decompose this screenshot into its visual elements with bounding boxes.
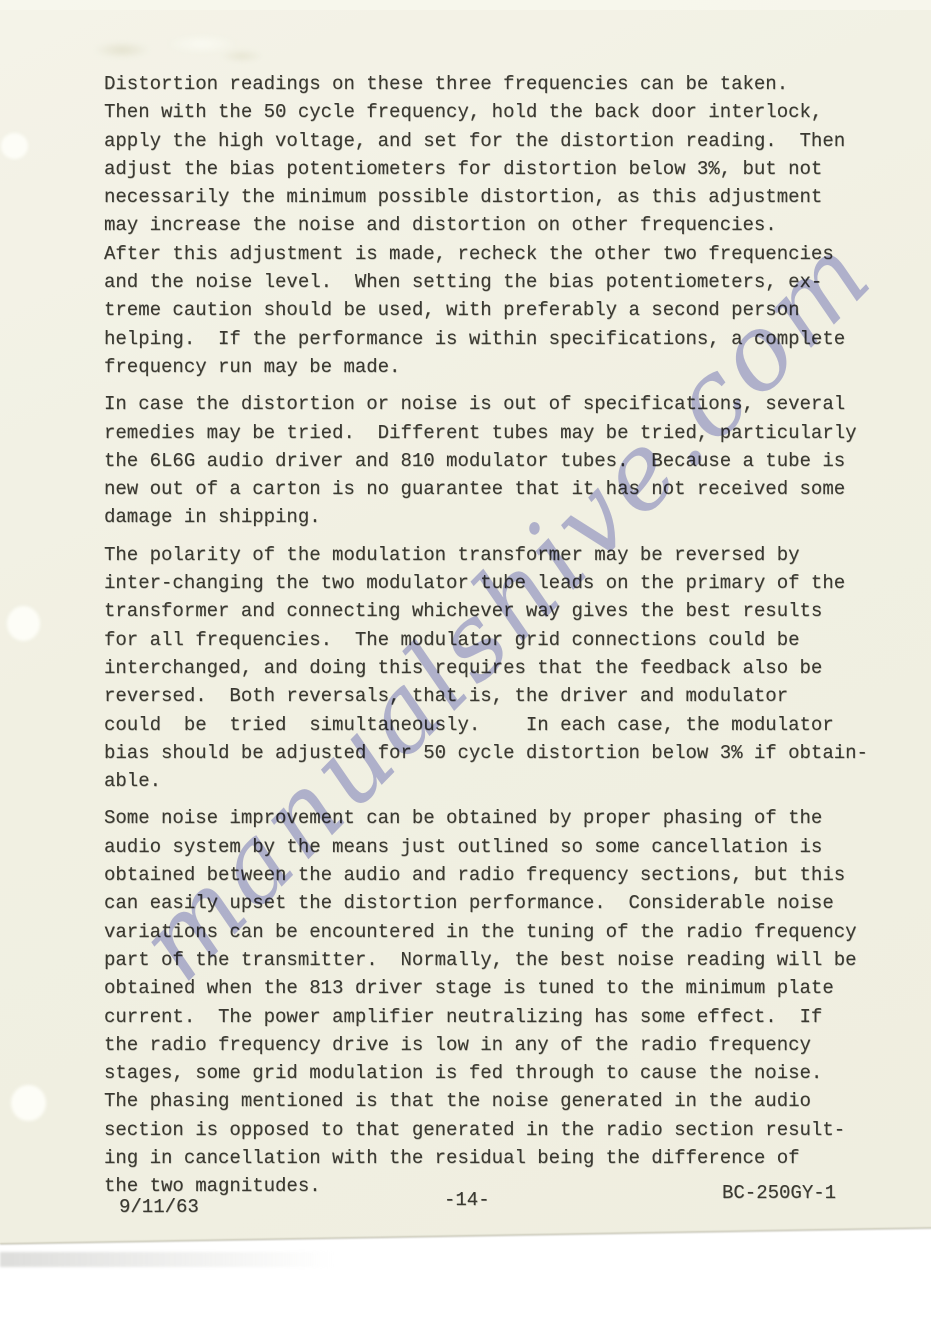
text-line: The polarity of the modulation transform…	[104, 541, 894, 569]
text-line: ing in cancellation with the residual be…	[104, 1144, 894, 1172]
text-line: damage in shipping.	[104, 503, 894, 531]
text-line: adjust the bias potentiometers for disto…	[104, 155, 894, 183]
text-line: interchanged, and doing this requires th…	[104, 654, 894, 682]
text-line: remedies may be tried. Different tubes m…	[104, 419, 894, 447]
text-line: reversed. Both reversals, that is, the d…	[104, 682, 894, 710]
text-line: the radio frequency drive is low in any …	[104, 1031, 894, 1059]
paragraph: The polarity of the modulation transform…	[104, 541, 894, 796]
text-line: Distortion readings on these three frequ…	[104, 70, 894, 98]
text-line: could be tried simultaneously. In each c…	[104, 711, 894, 739]
text-line: can easily upset the distortion performa…	[104, 889, 894, 917]
footer-page-number: -14-	[444, 1189, 490, 1211]
text-line: bias should be adjusted for 50 cycle dis…	[104, 739, 894, 767]
pencil-ghost-marks	[92, 26, 272, 72]
text-line: obtained when the 813 driver stage is tu…	[104, 974, 894, 1002]
text-line: stages, some grid modulation is fed thro…	[104, 1059, 894, 1087]
text-line: Then with the 50 cycle frequency, hold t…	[104, 98, 894, 126]
text-line: inter-changing the two modulator tube le…	[104, 569, 894, 597]
text-line: treme caution should be used, with prefe…	[104, 296, 894, 324]
text-line: obtained between the audio and radio fre…	[104, 861, 894, 889]
text-line: After this adjustment is made, recheck t…	[104, 240, 894, 268]
hole-punch	[1, 133, 28, 159]
text-line: audio system by the means just outlined …	[104, 833, 894, 861]
paragraph: In case the distortion or noise is out o…	[104, 390, 894, 531]
hole-punch	[11, 1085, 46, 1121]
text-line: and the noise level. When setting the bi…	[104, 268, 894, 296]
text-line: helping. If the performance is within sp…	[104, 325, 894, 353]
text-line: able.	[104, 767, 894, 795]
paragraph: Distortion readings on these three frequ…	[104, 70, 894, 381]
text-line: necessarily the minimum possible distort…	[104, 183, 894, 211]
text-line: apply the high voltage, and set for the …	[104, 127, 894, 155]
document-text: Distortion readings on these three frequ…	[104, 70, 894, 1210]
scan-artifact-smudge	[0, 1252, 335, 1267]
text-line: new out of a carton is no guarantee that…	[104, 475, 894, 503]
paper-top-edge	[0, 0, 931, 10]
text-line: current. The power amplifier neutralizin…	[104, 1003, 894, 1031]
hole-punch	[7, 606, 40, 641]
text-line: The phasing mentioned is that the noise …	[104, 1087, 894, 1115]
text-line: variations can be encountered in the tun…	[104, 918, 894, 946]
text-line: In case the distortion or noise is out o…	[104, 390, 894, 418]
text-line: the 6L6G audio driver and 810 modulator …	[104, 447, 894, 475]
footer-document-id: BC-250GY-1	[722, 1182, 836, 1204]
text-line: frequency run may be made.	[104, 353, 894, 381]
footer-date: 9/11/63	[119, 1196, 199, 1218]
text-line: section is opposed to that generated in …	[104, 1116, 894, 1144]
paragraph: Some noise improvement can be obtained b…	[104, 804, 894, 1200]
text-line: transformer and connecting whichever way…	[104, 597, 894, 625]
text-line: for all frequencies. The modulator grid …	[104, 626, 894, 654]
paper-sheet: Distortion readings on these three frequ…	[0, 0, 931, 1246]
text-line: may increase the noise and distortion on…	[104, 211, 894, 239]
text-line: Some noise improvement can be obtained b…	[104, 804, 894, 832]
text-line: part of the transmitter. Normally, the b…	[104, 946, 894, 974]
scanned-document-page: Distortion readings on these three frequ…	[0, 0, 931, 1318]
